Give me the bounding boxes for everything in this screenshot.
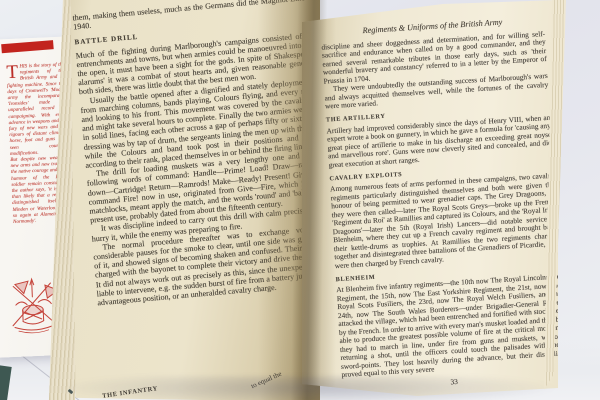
flap-red-bar (1, 40, 54, 53)
flap-drop-cap: T (6, 65, 20, 82)
book-photograph: THIS is the story of the regiments of th… (0, 0, 600, 400)
book-shadow (55, 376, 560, 400)
left-page: the British Army them, making them usele… (68, 0, 320, 400)
body-paragraph: Among numerous feats of arms performed i… (330, 172, 558, 271)
body-paragraph: At Blenheim five infantry regiments—the … (336, 273, 558, 380)
right-page: Regiments & Uniforms of the British Army… (302, 0, 558, 400)
right-page-text: Regiments & Uniforms of the British Army… (320, 16, 558, 393)
